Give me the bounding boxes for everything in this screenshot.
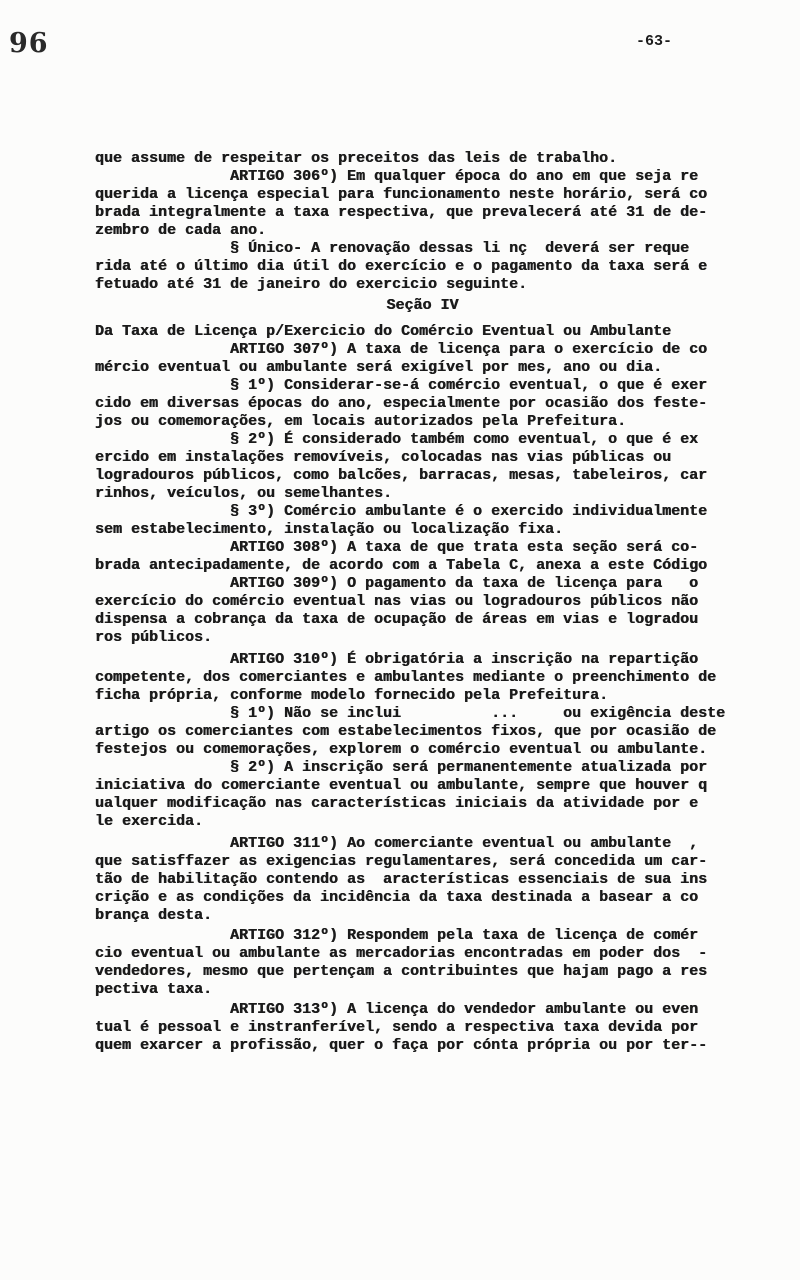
text-line: ARTIGO 307º) A taxa de licença para o ex… [95,341,750,359]
text-line: dispensa a cobrança da taxa de ocupação … [95,611,750,629]
text-line: cio eventual ou ambulante as mercadorias… [95,945,750,963]
text-line: logradouros públicos, como balcões, barr… [95,467,750,485]
text-line: tual é pessoal e instranferível, sendo a… [95,1019,750,1037]
text-line: ARTIGO 308º) A taxa de que trata esta se… [95,539,750,557]
page-number-left: 96 [9,28,49,59]
scanned-document-page: 96 -63- que assume de respeitar os prece… [0,0,800,1280]
text-line: crição e as condições da incidência da t… [95,889,750,907]
text-line: ARTIGO 312º) Respondem pela taxa de lice… [95,927,750,945]
line-spacer [95,315,750,323]
text-line: ARTIGO 309º) O pagamento da taxa de lice… [95,575,750,593]
text-line: tão de habilitação contendo as aracterís… [95,871,750,889]
text-line: ARTIGO 313º) A licença do vendedor ambul… [95,1001,750,1019]
text-line: vendedores, mesmo que pertençam a contri… [95,963,750,981]
text-line: brada integralmente a taxa respectiva, q… [95,204,750,222]
text-line: Da Taxa de Licença p/Exercicio do Comérc… [95,323,750,341]
text-line: rinhos, veículos, ou semelhantes. [95,485,750,503]
text-line: sem estabelecimento, instalação ou local… [95,521,750,539]
text-line: § 3º) Comércio ambulante é o exercido in… [95,503,750,521]
document-text-block: que assume de respeitar os preceitos das… [95,150,750,1055]
text-line: pectiva taxa. [95,981,750,999]
text-line: ficha própria, conforme modelo fornecido… [95,687,750,705]
text-line: § 1º) Considerar-se-á comércio eventual,… [95,377,750,395]
text-line: brada antecipadamente, de acordo com a T… [95,557,750,575]
text-line: ARTIGO 310º) É obrigatória a inscrição n… [95,651,750,669]
text-line: zembro de cada ano. [95,222,750,240]
text-line: querida a licença especial para funciona… [95,186,750,204]
text-line: cido em diversas épocas do ano, especial… [95,395,750,413]
text-line: festejos ou comemorações, explorem o com… [95,741,750,759]
text-line: quem exarcer a profissão, quer o faça po… [95,1037,750,1055]
text-line: que satisffazer as exigencias regulament… [95,853,750,871]
section-heading-line: Seção IV [95,297,750,315]
text-line: brança desta. [95,907,750,925]
text-line: fetuado até 31 de janeiro do exercicio s… [95,276,750,294]
text-line: le exercida. [95,813,750,831]
text-line: § 2º) A inscrição será permanentemente a… [95,759,750,777]
page-number-right: -63- [636,33,672,50]
text-line: § 1º) Não se inclui ... ou exigência des… [95,705,750,723]
text-line: ros públicos. [95,629,750,647]
text-line: rida até o último dia útil do exercício … [95,258,750,276]
text-line: artigo os comerciantes com estabelecimen… [95,723,750,741]
text-line: ARTIGO 311º) Ao comerciante eventual ou … [95,835,750,853]
text-line: exercício do comércio eventual nas vias … [95,593,750,611]
text-line: ualquer modificação nas características … [95,795,750,813]
text-line: § Único- A renovação dessas li nç deverá… [95,240,750,258]
text-line: § 2º) É considerado também como eventual… [95,431,750,449]
text-line: competente, dos comerciantes e ambulante… [95,669,750,687]
text-line: ercido em instalações removíveis, coloca… [95,449,750,467]
text-line: que assume de respeitar os preceitos das… [95,150,750,168]
text-line: jos ou comemorações, em locais autorizad… [95,413,750,431]
text-line: mércio eventual ou ambulante será exigív… [95,359,750,377]
text-line: ARTIGO 306º) Em qualquer época do ano em… [95,168,750,186]
text-line: iniciativa do comerciante eventual ou am… [95,777,750,795]
